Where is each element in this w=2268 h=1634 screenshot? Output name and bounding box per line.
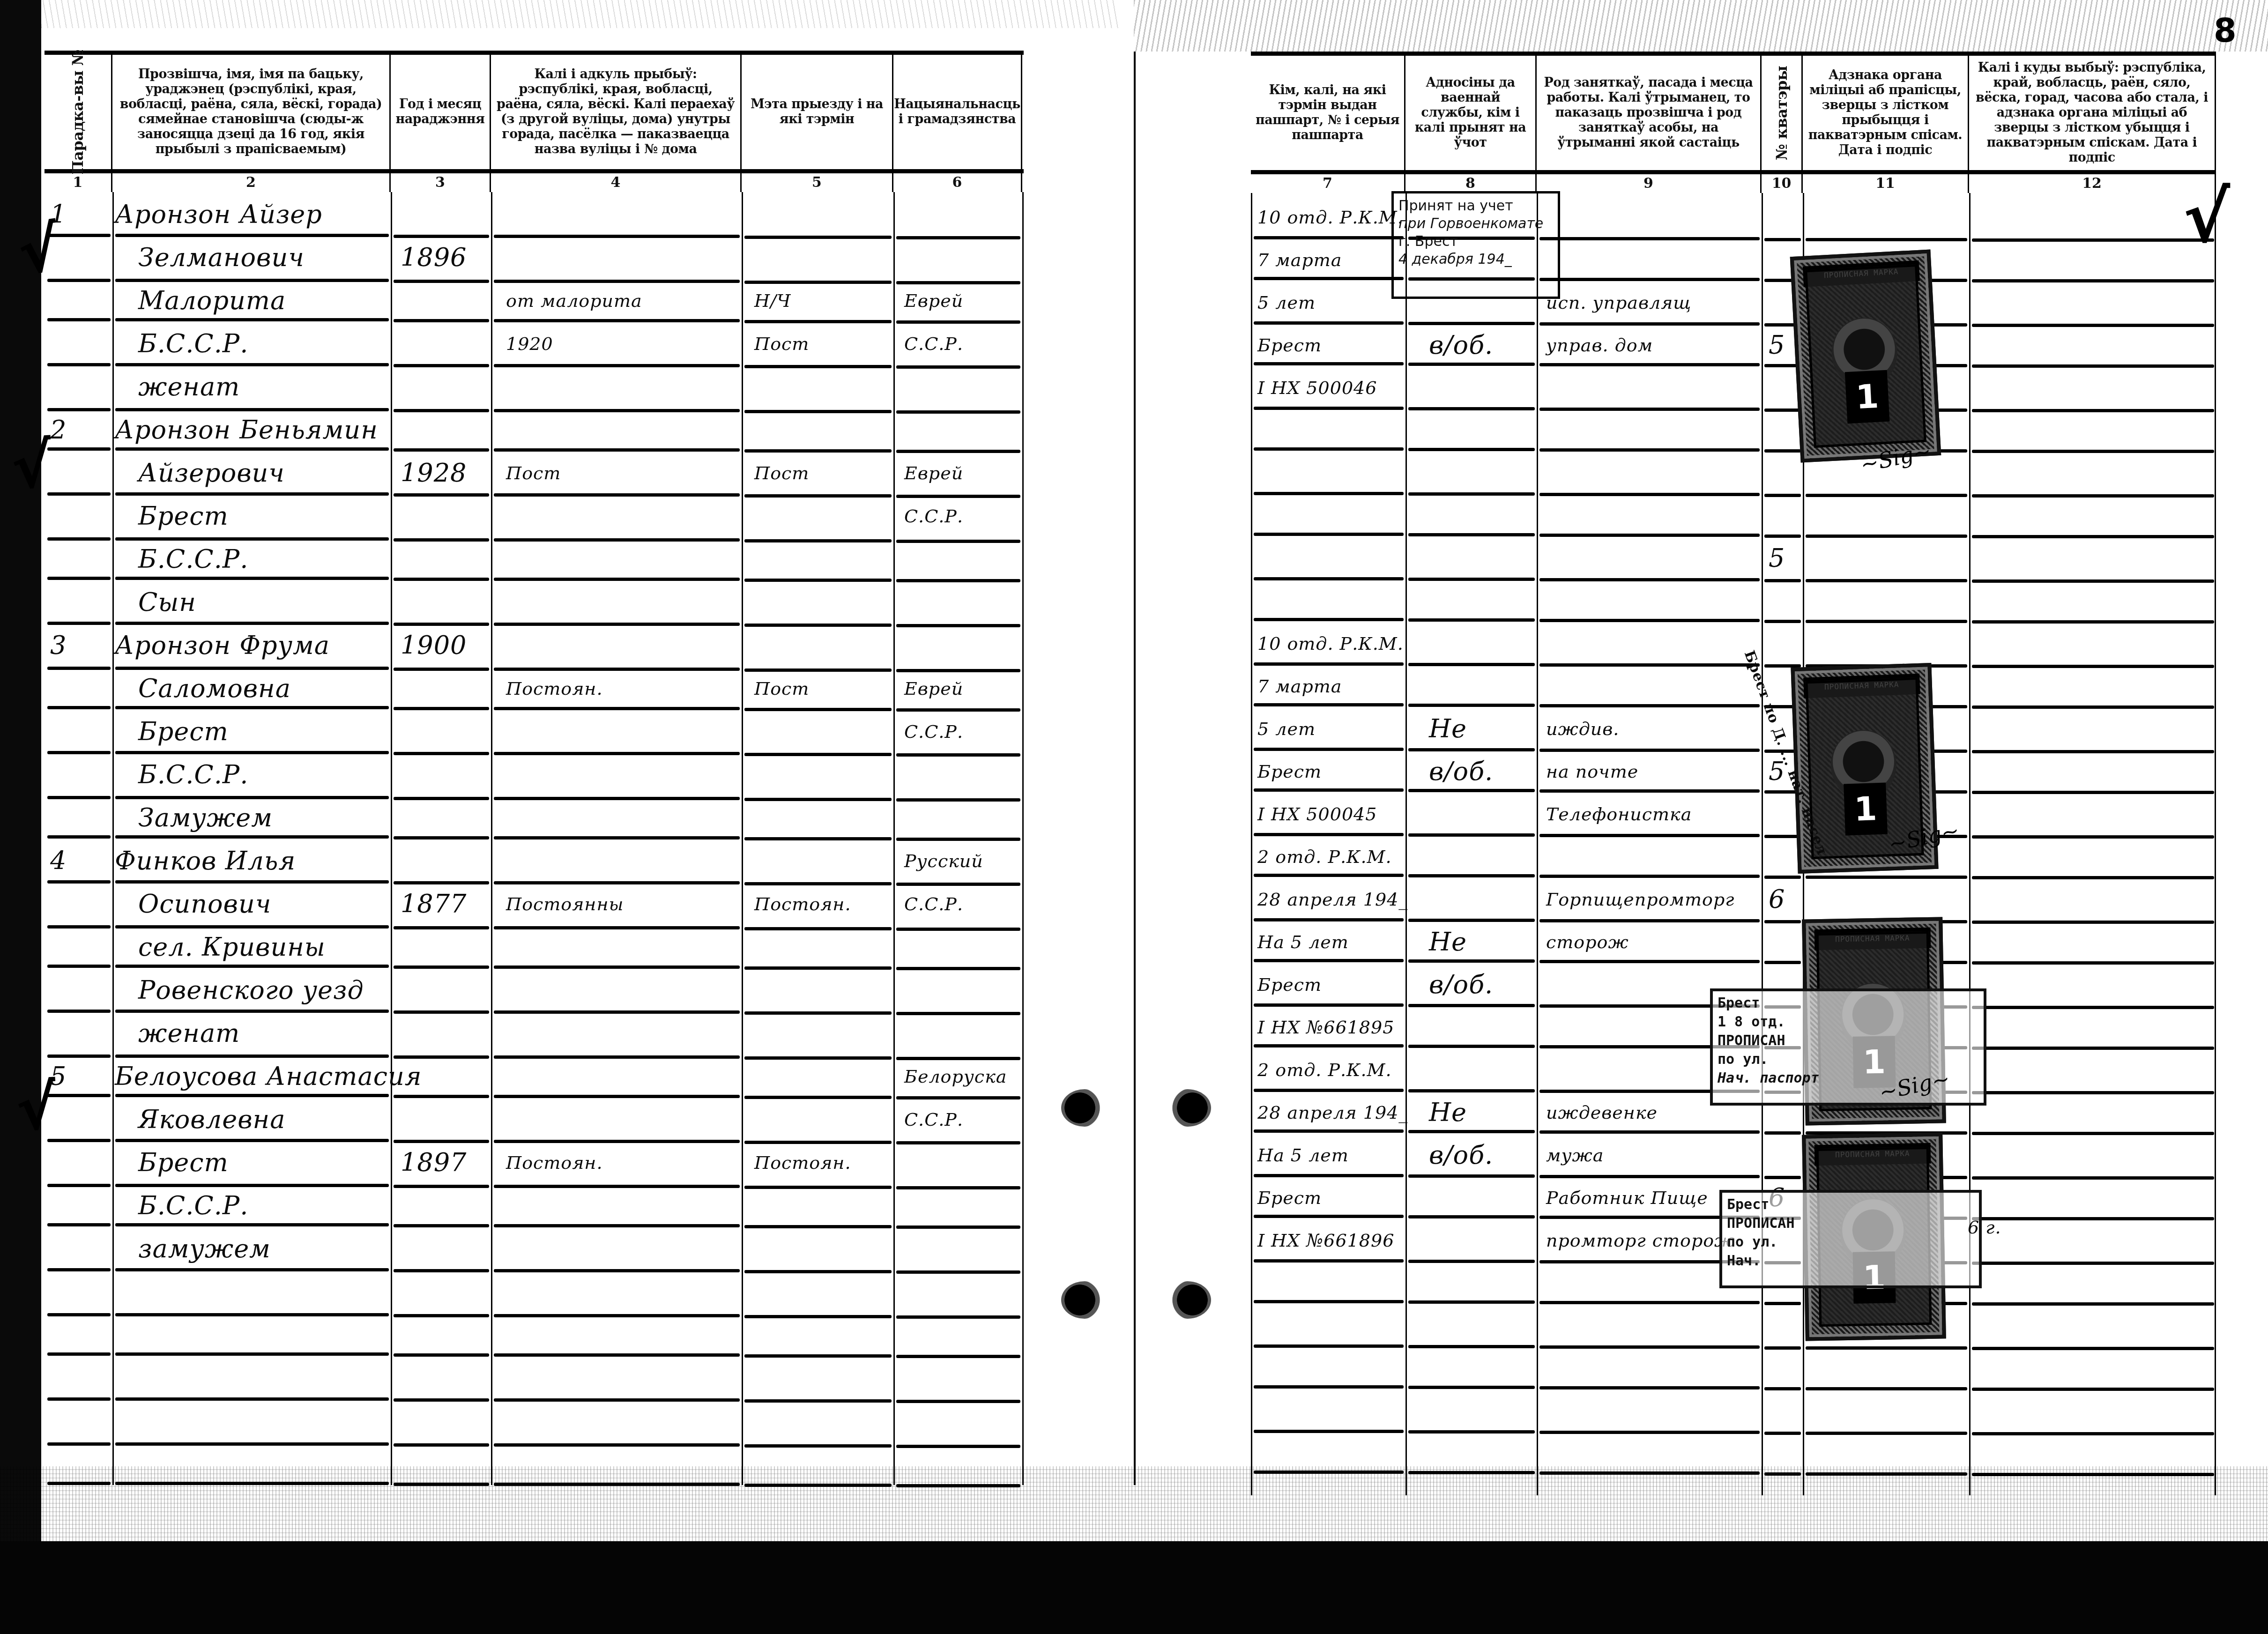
- grid-row-line: [744, 1141, 892, 1144]
- grid-row-line: [744, 798, 892, 801]
- grid-row-line: [115, 835, 389, 839]
- grid-row-line: [1254, 1300, 1404, 1303]
- grid-row-line: [1539, 322, 1760, 326]
- grid-row-line: [47, 447, 111, 451]
- grid-row-line: [1254, 407, 1404, 410]
- grid-row-line: [47, 880, 111, 884]
- grid-row-line: [1254, 447, 1404, 451]
- grid-row-line: [494, 1185, 740, 1188]
- grid-row-line: [896, 753, 1020, 757]
- header-col-7: Кім, калі, на які тэрмін выдан пашпарт, …: [1251, 56, 1405, 170]
- grid-row-line: [1408, 1174, 1535, 1178]
- grid-row-line: [1539, 789, 1760, 793]
- entry-name-line: Аронзон Фрума: [115, 631, 330, 660]
- entry-occupation-line: Работник Пище: [1546, 1184, 1708, 1212]
- entry-passport-line: 10 отд. Р.К.М.: [1257, 630, 1404, 658]
- grid-row-line: [494, 1353, 740, 1357]
- col-number-9: 9: [1537, 174, 1762, 193]
- grid-row-line: [494, 538, 740, 542]
- grid-row-line: [896, 1057, 1020, 1060]
- entry-occupation-line: иждевенке: [1546, 1099, 1658, 1127]
- grid-row-line: [494, 1095, 740, 1098]
- grid-row-line: [1408, 1089, 1535, 1092]
- stamp-line: Принят на учет: [1398, 197, 1553, 215]
- grid-row-line: [1539, 960, 1760, 963]
- grid-row-line: [1764, 1432, 1801, 1435]
- grid-row-line: [494, 1269, 740, 1272]
- grid-row-line: [1972, 279, 2214, 282]
- grid-row-line: [744, 320, 892, 323]
- grid-row-line: [47, 1442, 111, 1446]
- entry-nationality-line: Еврей: [904, 675, 963, 703]
- grid-row-line: [1972, 791, 2214, 794]
- entry-passport-line: 7 марта: [1257, 246, 1342, 274]
- grid-row-line: [47, 925, 111, 928]
- grid-row-line: [1408, 492, 1535, 496]
- grid-row-line: [896, 967, 1020, 970]
- grid-row-line: [1764, 579, 1801, 582]
- grid-row-line: [1254, 1089, 1404, 1092]
- grid-row-line: [394, 1095, 489, 1098]
- grid-row-line: [1972, 921, 2214, 924]
- entry-name-line: Ровенского уезд: [138, 976, 364, 1004]
- grid-row-line: [115, 1139, 389, 1142]
- grid-row-line: [744, 410, 892, 413]
- entry-name-line: Сын: [138, 588, 196, 616]
- grid-row-line: [744, 1011, 892, 1015]
- grid-row-line: [394, 1314, 489, 1317]
- right-column-numbers: 7 8 9 10 11 12: [1251, 174, 2216, 193]
- grid-row-line: [394, 1353, 489, 1357]
- entry-name-line: Финков Илья: [115, 847, 296, 875]
- grid-row-line: [1806, 1472, 1967, 1476]
- grid-row-line: [1408, 1386, 1535, 1389]
- grid-row-line: [494, 1055, 740, 1059]
- entry-name-line: Саломовна: [138, 675, 291, 703]
- entry-name-line: замужем: [138, 1235, 271, 1263]
- grid-row-line: [896, 1355, 1020, 1358]
- entry-arrival-line: Пост: [506, 459, 561, 487]
- grid-row-line: [47, 363, 111, 366]
- header-col-8: Адносіны да ваеннай службы, кім і калі п…: [1405, 56, 1537, 170]
- entry-occupation-line: Горпищепромторг: [1546, 885, 1734, 914]
- grid-row-line: [1806, 1346, 1967, 1350]
- grid-row-line: [744, 365, 892, 368]
- grid-row-line: [896, 540, 1020, 543]
- grid-row-line: [1408, 748, 1535, 751]
- grid-row-line: [744, 624, 892, 627]
- grid-row-line: [1408, 618, 1535, 622]
- grid-row-line: [896, 1012, 1020, 1015]
- grid-row-line: [1408, 1045, 1535, 1048]
- grid-row-line: [1806, 494, 1967, 497]
- grid-row-line: [1806, 876, 1967, 879]
- grid-row-line: [47, 667, 111, 670]
- grid-row-line: [744, 579, 892, 582]
- entry-passport-line: I НХ №661895: [1257, 1013, 1394, 1041]
- grid-row-line: [896, 281, 1020, 284]
- entry-occupation-line: сторож: [1546, 928, 1629, 956]
- col-number-6: 6: [893, 173, 1022, 192]
- grid-row-line: [115, 796, 389, 799]
- entry-name-line: Зелманович: [138, 244, 305, 272]
- grid-row-line: [1408, 1004, 1535, 1007]
- entry-name-line: Яковлевна: [138, 1106, 285, 1134]
- grid-row-line: [394, 1224, 489, 1227]
- stamp-line: 4 декабря 194_: [1398, 251, 1553, 268]
- grid-row-line: [394, 448, 489, 452]
- grid-row-line: [1408, 959, 1535, 963]
- grid-row-line: [1539, 578, 1760, 581]
- grid-row-line: [494, 1224, 740, 1227]
- grid-row-line: [115, 447, 389, 451]
- grid-row-line: [47, 577, 111, 580]
- grid-row-line: [1539, 278, 1760, 281]
- grid-row-line: [494, 707, 740, 710]
- grid-row-line: [744, 281, 892, 284]
- grid-row-line: [115, 318, 389, 321]
- grid-col-line: [2215, 193, 2216, 1495]
- grid-row-line: [394, 538, 489, 542]
- grid-row-line: [47, 706, 111, 709]
- grid-row-line: [1972, 706, 2214, 709]
- grid-col-line: [1022, 192, 1024, 1485]
- grid-row-line: [1254, 1174, 1404, 1177]
- entry-name-line: женат: [138, 1019, 240, 1047]
- grid-row-line: [494, 1140, 740, 1143]
- grid-row-line: [896, 1445, 1020, 1448]
- grid-row-line: [744, 1315, 892, 1318]
- grid-row-line: [494, 926, 740, 929]
- header-col-1: Парадка-вы №: [45, 55, 112, 169]
- header-col-11: Адзнака органа міліцыі аб прапісцы, звер…: [1803, 56, 1969, 170]
- grid-row-line: [47, 492, 111, 496]
- grid-row-line: [494, 409, 740, 412]
- grid-row-line: [896, 579, 1020, 582]
- header-col-6: Нацыянальнасць і грамадзянства: [893, 55, 1022, 169]
- grid-row-line: [394, 1185, 489, 1188]
- entry-passport-line: На 5 лет: [1257, 928, 1349, 956]
- grid-row-line: [1539, 1431, 1760, 1434]
- grid-row-line: [1254, 577, 1404, 580]
- grid-row-line: [1539, 237, 1760, 240]
- col-number-8: 8: [1405, 174, 1537, 193]
- grid-row-line: [47, 965, 111, 968]
- grid-row-line: [896, 1270, 1020, 1274]
- grid-row-line: [1254, 748, 1404, 751]
- grid-row-line: [1972, 1432, 2214, 1435]
- grid-row-line: [1764, 876, 1801, 879]
- grid-row-line: [494, 235, 740, 238]
- grid-row-line: [1764, 620, 1801, 623]
- entry-name-line: женат: [138, 373, 240, 401]
- grid-row-line: [744, 1354, 892, 1358]
- grid-row-line: [494, 797, 740, 800]
- grid-row-line: [1254, 703, 1404, 706]
- grid-row-line: [394, 836, 489, 839]
- grid-row-line: [115, 667, 389, 670]
- grid-row-line: [1254, 833, 1404, 836]
- grid-row-line: [744, 494, 892, 498]
- grid-row-line: [394, 1443, 489, 1447]
- scan-noise-top-right: [1134, 0, 2268, 52]
- grid-row-line: [1764, 1176, 1801, 1179]
- grid-col-line: [491, 192, 492, 1485]
- grid-row-line: [394, 493, 489, 497]
- grid-row-line: [494, 836, 740, 839]
- entry-name-line: Брест: [138, 1149, 229, 1177]
- grid-row-line: [1764, 920, 1801, 923]
- military-registration-stamp: Принят на учет при Горвоенкомате г. Брес…: [1391, 191, 1560, 299]
- grid-row-line: [1254, 236, 1404, 239]
- entry-number: 4: [50, 847, 67, 875]
- grid-row-line: [394, 966, 489, 969]
- grid-row-line: [115, 1094, 389, 1097]
- grid-row-line: [115, 1223, 389, 1226]
- grid-row-line: [494, 578, 740, 581]
- grid-row-line: [47, 1482, 111, 1485]
- grid-row-line: [47, 1268, 111, 1271]
- grid-row-line: [744, 1270, 892, 1273]
- entry-number: 2: [50, 416, 67, 444]
- page-fold-line: [1134, 52, 1136, 1485]
- entry-passport-line: 28 апреля 194_: [1257, 885, 1408, 914]
- grid-row-line: [896, 320, 1020, 324]
- grid-row-line: [896, 928, 1020, 931]
- grid-row-line: [1972, 750, 2214, 753]
- grid-row-line: [744, 449, 892, 453]
- grid-row-line: [1408, 363, 1535, 366]
- entry-occupation-line: исп. управлящ: [1546, 289, 1691, 317]
- grid-col-line: [391, 192, 392, 1485]
- grid-row-line: [896, 1096, 1020, 1099]
- grid-row-line: [47, 751, 111, 754]
- grid-row-line: [1408, 578, 1535, 581]
- grid-row-line: [1972, 1217, 2214, 1220]
- grid-row-line: [896, 708, 1020, 712]
- entry-flat-number: 6: [1769, 885, 1785, 914]
- grid-row-line: [494, 280, 740, 283]
- grid-row-line: [1539, 1386, 1760, 1389]
- entry-purpose-line: Н/Ч: [754, 287, 791, 315]
- grid-row-line: [115, 492, 389, 496]
- grid-row-line: [1972, 535, 2214, 538]
- entry-birth-year: 1928: [401, 459, 467, 487]
- grid-row-line: [744, 236, 892, 239]
- check-mark-icon: √: [15, 218, 63, 284]
- grid-row-line: [1764, 1131, 1801, 1135]
- grid-row-line: [394, 280, 489, 283]
- entry-name-line: сел. Кривины: [138, 933, 326, 961]
- grid-row-line: [1254, 662, 1404, 666]
- grid-row-line: [47, 1055, 111, 1058]
- grid-row-line: [1972, 238, 2214, 242]
- grid-row-line: [394, 364, 489, 367]
- grid-row-line: [896, 624, 1020, 627]
- grid-row-line: [744, 1444, 892, 1448]
- grid-row-line: [1254, 788, 1404, 792]
- grid-row-line: [394, 1483, 489, 1486]
- stamp-line: при Горвоенкомате: [1398, 215, 1553, 233]
- binding-hole: [1164, 1281, 1211, 1319]
- binding-hole: [1061, 1281, 1108, 1319]
- grid-row-line: [394, 797, 489, 800]
- grid-row-line: [1972, 1388, 2214, 1391]
- grid-row-line: [896, 1141, 1020, 1144]
- grid-row-line: [896, 410, 1020, 414]
- entry-passport-line: Брест: [1257, 331, 1322, 359]
- grid-row-line: [1539, 875, 1760, 878]
- grid-row-line: [1254, 533, 1404, 536]
- col-number-10: 10: [1762, 174, 1803, 193]
- col-number-2: 2: [112, 173, 391, 192]
- grid-row-line: [494, 1483, 740, 1486]
- entry-name-line: Белоусова Анастасия: [115, 1062, 422, 1091]
- grid-col-line: [893, 192, 895, 1485]
- grid-row-line: [744, 882, 892, 885]
- grid-row-line: [47, 1223, 111, 1226]
- grid-row-line: [394, 881, 489, 884]
- entry-passport-line: 5 лет: [1257, 289, 1316, 317]
- header-col-2: Прозвішча, імя, імя па бацьку, ураджэнец…: [112, 55, 391, 169]
- grid-row-line: [1254, 277, 1404, 280]
- grid-row-line: [1764, 535, 1801, 538]
- col-number-1: 1: [45, 173, 112, 192]
- grid-row-line: [744, 966, 892, 970]
- grid-row-line: [1972, 364, 2214, 368]
- col-number-5: 5: [742, 173, 893, 192]
- entry-nationality-line: Еврей: [904, 287, 963, 315]
- entry-name-line: Б.С.С.Р.: [138, 545, 248, 573]
- left-header-row: Парадка-вы № Прозвішча, імя, імя па баць…: [45, 51, 1024, 173]
- grid-row-line: [1972, 1262, 2214, 1265]
- grid-row-line: [1972, 579, 2214, 583]
- grid-row-line: [1972, 1006, 2214, 1009]
- grid-row-line: [494, 966, 740, 969]
- grid-row-line: [47, 622, 111, 625]
- grid-row-line: [744, 1096, 892, 1099]
- col-number-11: 11: [1803, 174, 1969, 193]
- entry-arrival-line: от малорита: [506, 287, 642, 315]
- grid-row-line: [115, 751, 389, 754]
- grid-row-line: [1972, 324, 2214, 327]
- grid-row-line: [1539, 493, 1760, 496]
- grid-row-line: [1408, 322, 1535, 325]
- grid-row-line: [115, 577, 389, 580]
- grid-row-line: [1764, 664, 1801, 668]
- grid-row-line: [896, 495, 1020, 498]
- entry-purpose-line: Постоян.: [754, 1149, 851, 1177]
- grid-row-line: [115, 1397, 389, 1401]
- grid-row-line: [115, 1482, 389, 1485]
- entry-occupation-line: иждив.: [1546, 715, 1619, 743]
- right-register-grid: 10 отд. Р.К.М.7 марта5 летБрестI НХ 5000…: [1251, 193, 2216, 1495]
- header-col-9: Род заняткаў, пасада і месца работы. Кал…: [1537, 56, 1762, 170]
- grid-row-line: [494, 319, 740, 322]
- grid-row-line: [1972, 1047, 2214, 1050]
- grid-row-line: [1254, 362, 1404, 365]
- binding-hole: [1061, 1089, 1108, 1127]
- grid-row-line: [1254, 1129, 1404, 1133]
- entry-birth-year: 1897: [401, 1149, 467, 1177]
- grid-row-line: [1764, 1472, 1801, 1476]
- grid-row-line: [1972, 1132, 2214, 1135]
- grid-row-line: [1806, 1432, 1967, 1435]
- grid-row-line: [1539, 919, 1760, 922]
- entry-purpose-line: Постоян.: [754, 890, 851, 918]
- entry-passport-line: 5 лет: [1257, 715, 1316, 743]
- grid-row-line: [47, 1313, 111, 1316]
- grid-row-line: [1408, 833, 1535, 837]
- grid-row-line: [115, 1268, 389, 1271]
- grid-col-line: [742, 192, 743, 1485]
- grid-row-line: [494, 752, 740, 755]
- grid-row-line: [896, 365, 1020, 369]
- grid-row-line: [47, 1352, 111, 1356]
- entry-military-line: Не: [1429, 1099, 1467, 1127]
- grid-row-line: [494, 668, 740, 671]
- grid-row-line: [1764, 1302, 1801, 1305]
- grid-row-line: [47, 318, 111, 321]
- grid-row-line: [1972, 835, 2214, 839]
- grid-row-line: [744, 1056, 892, 1060]
- entry-name-line: Малорита: [138, 287, 286, 315]
- entry-name-line: Брест: [138, 718, 229, 746]
- grid-row-line: [115, 1184, 389, 1187]
- grid-row-line: [896, 1315, 1020, 1319]
- stamp-line: г. Брест: [1398, 233, 1553, 251]
- entry-occupation-line: Телефонистка: [1546, 800, 1692, 828]
- grid-row-line: [394, 623, 489, 626]
- entry-arrival-line: Постоян.: [506, 1149, 602, 1177]
- grid-row-line: [1539, 534, 1760, 537]
- entry-passport-line: Брест: [1257, 971, 1322, 999]
- entry-nationality-line: С.С.Р.: [904, 718, 963, 746]
- grid-row-line: [394, 578, 489, 581]
- entry-name-line: Б.С.С.Р.: [138, 1192, 248, 1220]
- grid-col-line: [1405, 193, 1407, 1495]
- entry-name-line: Аронзон Беньямин: [115, 416, 378, 444]
- entry-passport-line: 2 отд. Р.К.М.: [1257, 843, 1392, 871]
- grid-row-line: [744, 668, 892, 672]
- grid-row-line: [494, 1398, 740, 1402]
- grid-row-line: [394, 1269, 489, 1272]
- grid-row-line: [896, 1400, 1020, 1403]
- grid-row-line: [1806, 620, 1967, 623]
- grid-row-line: [115, 1313, 389, 1316]
- grid-row-line: [1254, 959, 1404, 962]
- grid-row-line: [896, 1225, 1020, 1229]
- grid-row-line: [896, 1484, 1020, 1487]
- grid-row-line: [1408, 874, 1535, 877]
- grid-row-line: [47, 1094, 111, 1097]
- grid-row-line: [1972, 450, 2214, 453]
- grid-row-line: [394, 1010, 489, 1014]
- binding-hole: [1164, 1089, 1211, 1127]
- entry-nationality-line: С.С.Р.: [904, 502, 963, 530]
- grid-col-line: [1251, 193, 1252, 1495]
- grid-row-line: [1408, 1430, 1535, 1433]
- entry-name-line: Осипович: [138, 890, 271, 918]
- header-col-5: Мэта прыезду і на які тэрмін: [742, 55, 893, 169]
- grid-row-line: [1806, 238, 1967, 241]
- entry-arrival-line: Постоян.: [506, 675, 602, 703]
- grid-row-line: [1539, 749, 1760, 752]
- grid-row-line: [1254, 874, 1404, 877]
- grid-row-line: [1539, 704, 1760, 707]
- entry-passport-line: 2 отд. Р.К.М.: [1257, 1056, 1392, 1084]
- grid-row-line: [47, 1010, 111, 1013]
